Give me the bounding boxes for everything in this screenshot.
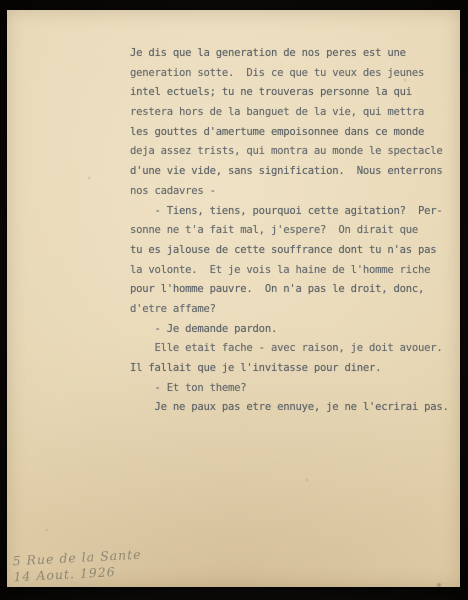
- typed-line: deja assez trists, qui montra au monde l…: [130, 142, 455, 162]
- typed-line: Il fallait que je l'invitasse pour diner…: [130, 359, 455, 379]
- typed-line: intel ectuels; tu ne trouveras personne …: [130, 83, 455, 103]
- typed-line: - Tiens, tiens, pourquoi cette agitation…: [130, 202, 455, 222]
- typed-line: les gouttes d'amertume empoisonnee dans …: [130, 123, 455, 143]
- typed-line: pour l'homme pauvre. On n'a pas le droit…: [130, 280, 455, 300]
- paper-sheet: Je dis que la generation de nos peres es…: [7, 10, 460, 587]
- typed-line: d'une vie vide, sans signification. Nous…: [130, 162, 455, 182]
- typed-line: sonne ne t'a fait mal, j'espere? On dira…: [130, 221, 455, 241]
- typed-line: Je dis que la generation de nos peres es…: [130, 44, 455, 64]
- handwritten-annotation: 5 Rue de la Sante 14 Aout. 1926: [12, 547, 143, 586]
- typed-line: generation sotte. Dis ce que tu veux des…: [130, 64, 455, 84]
- typed-line: d'etre affame?: [130, 300, 455, 320]
- typed-line: restera hors de la banguet de la vie, qu…: [130, 103, 455, 123]
- typed-line: Je ne paux pas etre ennuye, je ne l'ecri…: [130, 398, 455, 418]
- typed-line: - Et ton theme?: [130, 379, 455, 399]
- typed-line: nos cadavres -: [130, 182, 455, 202]
- typed-line: la volonte. Et je vois la haine de l'hom…: [130, 261, 455, 281]
- typed-line: - Je demande pardon.: [130, 320, 455, 340]
- typed-line: tu es jalouse de cette souffrance dont t…: [130, 241, 455, 261]
- typed-text-block: Je dis que la generation de nos peres es…: [130, 44, 455, 418]
- typed-line: Elle etait fache - avec raison, je doit …: [130, 339, 455, 359]
